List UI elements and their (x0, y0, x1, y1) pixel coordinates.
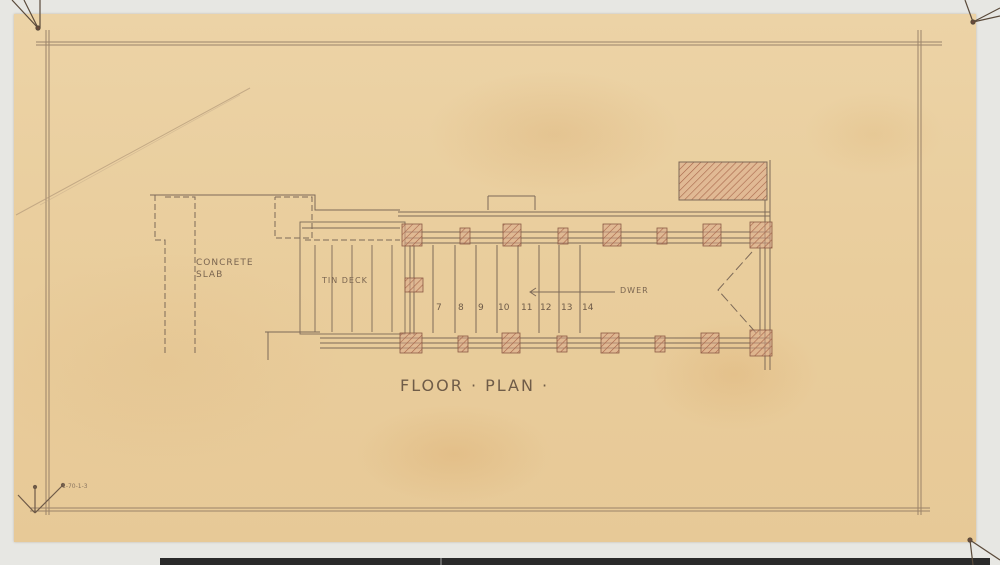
bay-number: 9 (478, 303, 484, 313)
concrete-label-line1: CONCRETE (196, 258, 254, 268)
bay-number: 8 (458, 303, 464, 313)
bay-number: 13 (561, 303, 572, 313)
hatched-block (679, 162, 767, 200)
left-door (405, 278, 423, 292)
direction-label: DWER (620, 286, 649, 295)
drawing-title: FLOOR · PLAN · (400, 376, 549, 395)
bay-number: 7 (436, 303, 442, 313)
corner-mark (18, 484, 65, 514)
piers-top (402, 222, 772, 248)
corner-pins (12, 0, 1000, 565)
bay-number: 12 (540, 303, 551, 313)
bay-number: 10 (498, 303, 509, 313)
bay-number: 14 (582, 303, 593, 313)
concrete-label-line2: SLAB (196, 270, 223, 280)
tin-deck-label: TIN DECK (322, 276, 368, 285)
sheet-border (30, 30, 942, 515)
bay-number: 11 (521, 303, 532, 313)
corner-note: 1-70-1-3 (62, 483, 88, 490)
floor-plan-drawing (0, 0, 1000, 565)
